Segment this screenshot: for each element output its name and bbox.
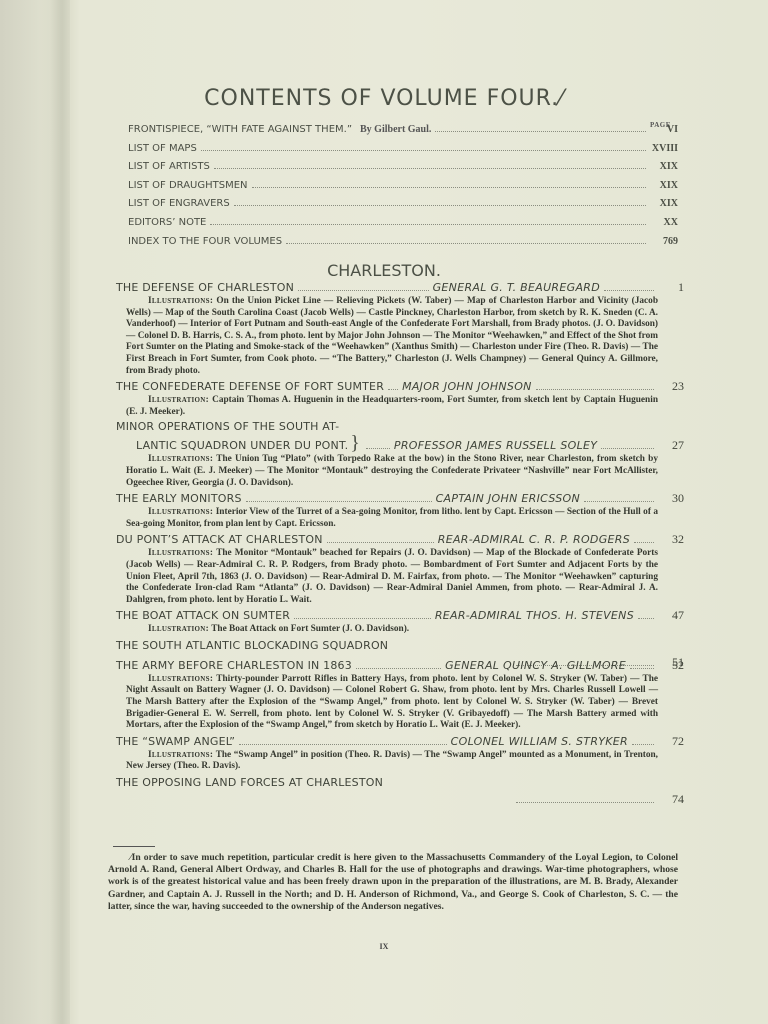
entry-heading[interactable]: THE ARMY BEFORE CHARLESTON IN 1863 GENER…	[116, 657, 684, 674]
entry-heading[interactable]: DU PONT’S ATTACK AT CHARLESTON REAR-ADMI…	[116, 531, 684, 548]
contents-entry: MINOR OPERATIONS OF THE SOUTH AT- LANTIC…	[116, 419, 684, 489]
article-title: THE OPPOSING LAND FORCES AT CHARLESTON	[116, 774, 383, 791]
front-matter-row[interactable]: LIST OF ARTISTS XIX	[128, 161, 678, 180]
dot-leader	[584, 501, 654, 502]
dot-leader	[294, 618, 431, 619]
entry-heading-line-1[interactable]: MINOR OPERATIONS OF THE SOUTH AT-	[116, 419, 684, 435]
illustrations-label: Illustration:	[148, 395, 209, 405]
illustrations-list: Illustration: Captain Thomas A. Huguenin…	[126, 395, 658, 418]
article-title-continued: LANTIC SQUADRON UNDER DU PONT.	[136, 438, 348, 454]
front-matter-row[interactable]: EDITORS’ NOTE XX	[128, 217, 678, 236]
section-heading: CHARLESTON.	[0, 261, 768, 280]
entry-label: LIST OF DRAUGHTSMEN	[128, 180, 248, 191]
page-number: XIX	[650, 161, 678, 172]
front-matter-row[interactable]: INDEX TO THE FOUR VOLUMES 769	[128, 236, 678, 255]
page-number: XIX	[650, 180, 678, 191]
article-title: THE ARMY BEFORE CHARLESTON IN 1863	[116, 658, 352, 674]
entry-byline: By Gilbert Gaul.	[360, 124, 431, 135]
dot-leader	[435, 131, 646, 132]
dot-leader	[634, 542, 654, 543]
entry-heading[interactable]: THE BOAT ATTACK ON SUMTER REAR-ADMIRAL T…	[116, 607, 684, 624]
dot-leader	[201, 150, 646, 151]
dot-leader	[388, 389, 398, 390]
illustrations-label: Illustrations:	[148, 674, 213, 684]
article-author: GENERAL G. T. BEAUREGARD	[433, 280, 600, 296]
article-title: MINOR OPERATIONS OF THE SOUTH AT-	[116, 419, 339, 435]
illustrations-list: Illustrations: Interior View of the Turr…	[126, 507, 658, 530]
footnote-text: In order to save much repetition, partic…	[108, 852, 678, 912]
entry-label: LIST OF MAPS	[128, 143, 197, 154]
page-gutter	[0, 0, 70, 1024]
dot-leader	[214, 168, 646, 169]
page-number: XVIII	[650, 143, 678, 154]
page-number: 72	[658, 733, 684, 749]
article-title: THE BOAT ATTACK ON SUMTER	[116, 608, 290, 624]
contents-entry: THE ARMY BEFORE CHARLESTON IN 1863 GENER…	[116, 657, 684, 732]
contents-entry: THE “SWAMP ANGEL” COLONEL WILLIAM S. STR…	[116, 733, 684, 773]
contents-entry: DU PONT’S ATTACK AT CHARLESTON REAR-ADMI…	[116, 531, 684, 606]
illustrations-list: Illustrations: The “Swamp Angel” in posi…	[126, 750, 658, 773]
page-folio: IX	[0, 942, 768, 951]
dot-leader	[327, 542, 434, 543]
front-matter-row[interactable]: LIST OF ENGRAVERS XIX	[128, 198, 678, 217]
illustrations-list: Illustrations: The Union Tug “Plato” (wi…	[126, 454, 658, 489]
dot-leader	[286, 243, 646, 244]
contents-entry: THE DEFENSE OF CHARLESTON GENERAL G. T. …	[116, 279, 684, 377]
dot-leader	[601, 448, 654, 449]
entry-label: INDEX TO THE FOUR VOLUMES	[128, 236, 282, 247]
page-number: VI	[650, 124, 678, 135]
entry-heading-line-2[interactable]: LANTIC SQUADRON UNDER DU PONT. } PROFESS…	[116, 435, 684, 454]
front-matter-row[interactable]: LIST OF MAPS XVIII	[128, 143, 678, 162]
dot-leader	[516, 802, 654, 803]
article-title: THE EARLY MONITORS	[116, 491, 242, 507]
brace-icon: }	[350, 435, 360, 451]
entry-heading[interactable]: THE EARLY MONITORS CAPTAIN JOHN ERICSSON…	[116, 490, 684, 507]
illustrations-label: Illustrations:	[148, 507, 213, 517]
book-page: CONTENTS OF VOLUME FOUR.⁄ PAGE FRONTISPI…	[0, 0, 768, 1024]
entry-heading[interactable]: THE OPPOSING LAND FORCES AT CHARLESTON	[116, 774, 684, 791]
page-number: XIX	[650, 198, 678, 209]
dot-leader	[298, 290, 429, 291]
title-text: CONTENTS OF VOLUME FOUR.	[204, 86, 559, 111]
article-author: COLONEL WILLIAM S. STRYKER	[451, 734, 628, 750]
page-number: 52	[658, 657, 684, 673]
illustrations-label: Illustrations:	[148, 296, 213, 306]
article-author: CAPTAIN JOHN ERICSSON	[436, 491, 580, 507]
entry-label: LIST OF ARTISTS	[128, 161, 210, 172]
article-author: GENERAL QUINCY A. GILLMORE	[445, 658, 626, 674]
page-number: 47	[658, 607, 684, 623]
contents-entry: THE EARLY MONITORS CAPTAIN JOHN ERICSSON…	[116, 490, 684, 530]
front-matter-list: FRONTISPIECE, “WITH FATE AGAINST THEM.” …	[128, 124, 678, 254]
dot-leader	[366, 448, 390, 449]
page-number: 74	[658, 791, 684, 807]
dot-leader	[638, 618, 654, 619]
illustrations-list: Illustrations: The Monitor “Montauk” bea…	[126, 548, 658, 606]
footnote-rule	[113, 846, 155, 847]
illustrations-label: Illustrations:	[148, 750, 213, 760]
page-number: 769	[650, 236, 678, 247]
page-title: CONTENTS OF VOLUME FOUR.⁄	[0, 86, 768, 111]
entry-heading[interactable]: THE CONFEDERATE DEFENSE OF FORT SUMTER M…	[116, 378, 684, 395]
front-matter-row[interactable]: LIST OF DRAUGHTSMEN XIX	[128, 180, 678, 199]
illustrations-text: On the Union Picket Line — Relieving Pic…	[126, 296, 658, 376]
contents-entries: THE DEFENSE OF CHARLESTON GENERAL G. T. …	[116, 279, 684, 808]
page-number: 32	[658, 531, 684, 547]
illustrations-list: Illustration: The Boat Attack on Fort Su…	[126, 624, 658, 636]
page-number: 30	[658, 490, 684, 506]
illustrations-list: Illustrations: Thirty-pounder Parrott Ri…	[126, 674, 658, 732]
entry-heading-leader[interactable]: 74	[116, 791, 684, 807]
dot-leader	[239, 744, 447, 745]
illustrations-label: Illustrations:	[148, 454, 213, 464]
article-title: DU PONT’S ATTACK AT CHARLESTON	[116, 532, 323, 548]
article-author: REAR-ADMIRAL THOS. H. STEVENS	[435, 608, 634, 624]
dot-leader	[630, 668, 654, 669]
dot-leader	[234, 205, 646, 206]
dot-leader	[604, 290, 654, 291]
entry-heading[interactable]: THE DEFENSE OF CHARLESTON GENERAL G. T. …	[116, 279, 684, 296]
article-title: THE DEFENSE OF CHARLESTON	[116, 280, 294, 296]
contents-entry: THE BOAT ATTACK ON SUMTER REAR-ADMIRAL T…	[116, 607, 684, 636]
article-title: THE SOUTH ATLANTIC BLOCKADING SQUADRON	[116, 637, 388, 654]
dot-leader	[246, 501, 432, 502]
footnote: ⁄In order to save much repetition, parti…	[108, 852, 678, 913]
page-number: XX	[650, 217, 678, 228]
illustrations-label: Illustration:	[148, 624, 209, 634]
illustrations-text: The Boat Attack on Fort Sumter (J. O. Da…	[211, 624, 409, 634]
article-title: THE “SWAMP ANGEL”	[116, 734, 235, 750]
article-author: PROFESSOR JAMES RUSSELL SOLEY	[394, 438, 597, 454]
article-title: THE CONFEDERATE DEFENSE OF FORT SUMTER	[116, 379, 384, 395]
page-number: 23	[658, 378, 684, 394]
entry-label: EDITORS’ NOTE	[128, 217, 206, 228]
contents-entry: THE CONFEDERATE DEFENSE OF FORT SUMTER M…	[116, 378, 684, 418]
page-number: 1	[658, 279, 684, 295]
illustrations-label: Illustrations:	[148, 548, 213, 558]
page-number: 27	[658, 437, 684, 453]
entry-heading[interactable]: THE “SWAMP ANGEL” COLONEL WILLIAM S. STR…	[116, 733, 684, 750]
entry-heading[interactable]: THE SOUTH ATLANTIC BLOCKADING SQUADRON	[116, 637, 684, 654]
dot-leader	[210, 224, 646, 225]
article-author: REAR-ADMIRAL C. R. P. RODGERS	[438, 532, 630, 548]
dot-leader	[536, 389, 654, 390]
illustrations-list: Illustrations: On the Union Picket Line …	[126, 296, 658, 377]
contents-entry: THE OPPOSING LAND FORCES AT CHARLESTON 7…	[116, 774, 684, 807]
dot-leader	[252, 187, 646, 188]
front-matter-row[interactable]: FRONTISPIECE, “WITH FATE AGAINST THEM.” …	[128, 124, 678, 143]
article-author: MAJOR JOHN JOHNSON	[402, 379, 532, 395]
dot-leader	[356, 668, 441, 669]
footnote-mark: ⁄	[559, 86, 564, 111]
entry-label: FRONTISPIECE, “WITH FATE AGAINST THEM.”	[128, 124, 352, 135]
entry-label: LIST OF ENGRAVERS	[128, 198, 230, 209]
dot-leader	[632, 744, 654, 745]
